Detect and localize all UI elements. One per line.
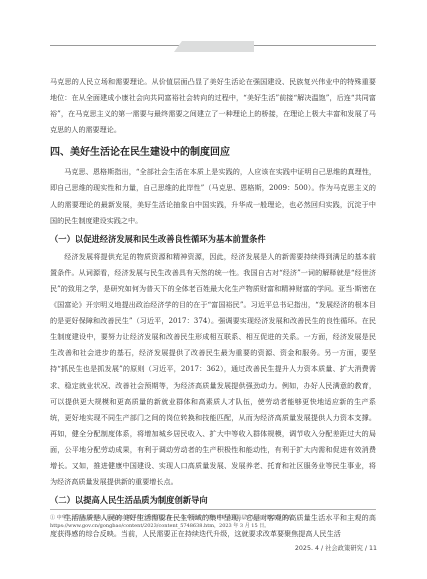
footnote: ① 中华人民共和国中央人民政府：携手同行现代化之路——在中国共产党与世界政党高层… xyxy=(50,514,376,530)
subsection-heading-2: （二）以提高人民生活品质为制度创新导向 xyxy=(50,492,376,508)
intro-paragraph: 马克思的人民立场和需要理论。从价值层面凸显了美好生活论在强国建设、民族复兴伟业中… xyxy=(50,74,376,138)
article-body: 马克思的人民立场和需要理论。从价值层面凸显了美好生活论在强国建设、民族复兴伟业中… xyxy=(50,74,376,542)
footnote-rule xyxy=(50,509,376,510)
header-tab-decoration xyxy=(174,41,254,52)
subsection-heading-1: （一）以促进经济发展和民生改善良性循环为基本前置条件 xyxy=(50,231,376,247)
page-footer: 2025. 4 / 社会政策研究 / 11 xyxy=(295,543,377,552)
section-paragraph: 马克思、恩格斯指出，“全部社会生活在本质上是实践的，人应该在实践中证明自己思维的… xyxy=(50,164,376,228)
subsection-1-paragraph: 经济发展将提供充足的物质资源和精神资源，因此，经济发展是人的新需要持续得到满足的… xyxy=(50,249,376,490)
section-heading: 四、美好生活论在民生建设中的制度回应 xyxy=(50,145,376,161)
